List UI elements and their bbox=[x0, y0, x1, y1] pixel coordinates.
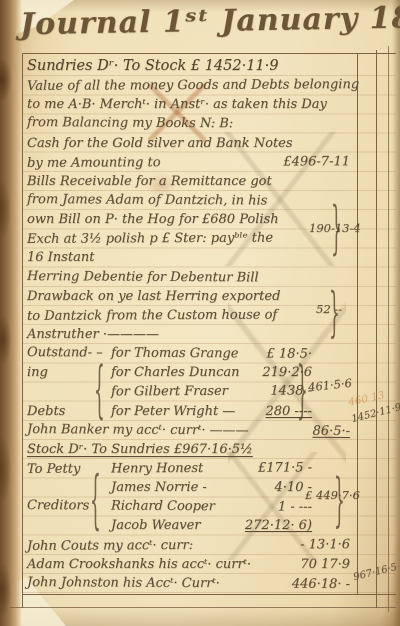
frame-bottom-rule-2 bbox=[10, 607, 396, 608]
line-text: Anstruther ·———— bbox=[27, 325, 159, 344]
journal-line: Anstruther ·———— bbox=[22, 325, 358, 344]
line-text: for Gilbert Fraser bbox=[111, 382, 228, 402]
journal-line: John Couts my accᵗ· curr:- 13·1·6 bbox=[22, 535, 358, 556]
line-amount: 70 17·9 bbox=[300, 555, 358, 574]
line-text: Sundries Dʳ· To Stock £ 1452·11·9 bbox=[27, 57, 279, 76]
line-text: to me A·B· Merchᵗ· in Anstʳ· as taken th… bbox=[27, 95, 327, 114]
journal-line: Stock Dʳ· To Sundries £967·16·5½ bbox=[22, 440, 358, 459]
line-amount: - 13·1·6 bbox=[300, 535, 358, 554]
line-text: Henry Honest bbox=[111, 459, 203, 479]
journal-line: own Bill on P· the Hog for £680 Polish bbox=[22, 210, 358, 229]
frame-top-rule bbox=[22, 53, 396, 54]
total-column-rule bbox=[376, 50, 377, 608]
line-amount: 446·18· - bbox=[292, 574, 358, 594]
line-amount: £ 18·5· bbox=[266, 345, 358, 365]
journal-line: Value of all the money Goods and Debts b… bbox=[22, 75, 358, 96]
journal-line: Adam Crookshanks his accᵗ· currᵗ·70 17·9 bbox=[22, 555, 358, 574]
journal-line: Bills Receivable for a Remittance got bbox=[22, 172, 358, 191]
journal-line: Cash for the Gold silver and Bank Notes bbox=[22, 134, 358, 153]
right-brace: } bbox=[331, 193, 341, 261]
journal-line: Sundries Dʳ· To Stock £ 1452·11·9 bbox=[22, 57, 358, 76]
line-text: for Thomas Grange bbox=[111, 344, 239, 364]
journal-page: Journal 1ˢᵗ January 1835 Sundries Dʳ· To… bbox=[0, 0, 400, 626]
line-amount: 280 ---- bbox=[265, 402, 358, 421]
left-brace: { bbox=[90, 461, 100, 537]
journal-line: to Dantzick from the Custom house of bbox=[22, 305, 358, 326]
page-right-edge bbox=[392, 0, 400, 626]
journal-line: Jacob Weaver272·12· 6) bbox=[22, 516, 358, 535]
journal-line: John Johnston his Accᵗ· Currᵗ·446·18· - bbox=[22, 573, 358, 594]
line-amount: £496-7-11 bbox=[283, 152, 358, 172]
outer-column-rule bbox=[388, 46, 389, 612]
line-text: Richard Cooper bbox=[111, 497, 215, 517]
line-text: Value of all the money Goods and Debts b… bbox=[27, 75, 359, 96]
journal-entries: Sundries Dʳ· To Stock £ 1452·11·9Value o… bbox=[22, 57, 358, 593]
frame-bottom-rule bbox=[22, 594, 396, 595]
line-text: for Peter Wright — bbox=[111, 402, 235, 421]
line-text: John Couts my accᵗ· curr: bbox=[27, 535, 193, 555]
journal-line: To PettyHenry Honest£171·5 - bbox=[22, 458, 358, 479]
line-text: John Johnston his Accᵗ· Currᵗ· bbox=[27, 573, 220, 593]
left-brace: { bbox=[94, 352, 104, 426]
journal-line: Herring Debentie for Debentur Bill bbox=[22, 267, 358, 288]
line-text: for Charles Duncan bbox=[111, 363, 240, 382]
line-text: Cash for the Gold silver and Bank Notes bbox=[27, 134, 293, 153]
line-text: Drawback on ye last Herring exported bbox=[27, 287, 280, 306]
journal-line: Exch at 3½ polish p £ Ster: payᵇˡᵉ the bbox=[22, 228, 358, 249]
line-text: to Dantzick from the Custom house of bbox=[27, 305, 277, 325]
line-text: Stock Dʳ· To Sundries £967·16·5½ bbox=[27, 440, 253, 459]
line-text: Jacob Weaver bbox=[111, 516, 201, 535]
line-text: from James Adam of Dantzich, in his bbox=[27, 190, 267, 211]
line-text: 16 Instant bbox=[27, 248, 94, 267]
margin-total: £ 449·7·6 bbox=[305, 488, 360, 502]
right-brace: } bbox=[334, 464, 344, 534]
journal-line: 16 Instant bbox=[22, 248, 358, 267]
line-text: James Norrie - bbox=[111, 478, 207, 497]
binding-edge bbox=[0, 0, 22, 626]
journal-line: from Balancing my Books N: B: bbox=[22, 113, 358, 134]
line-text: Herring Debentie for Debentur Bill bbox=[27, 267, 259, 288]
journal-line: to me A·B· Merchᵗ· in Anstʳ· as taken th… bbox=[22, 95, 358, 114]
right-brace: } bbox=[329, 280, 339, 344]
line-text: by me Amounting to bbox=[27, 153, 161, 173]
line-text: Exch at 3½ polish p £ Ster: payᵇˡᵉ the bbox=[27, 229, 273, 249]
line-text: Adam Crookshanks his accᵗ· currᵗ· bbox=[27, 555, 251, 574]
right-brace: } bbox=[297, 352, 307, 426]
line-text: Bills Receivable for a Remittance got bbox=[27, 172, 272, 191]
line-text: John Banker my accᵗ· currᵗ· ——— bbox=[27, 420, 249, 441]
journal-line: by me Amounting to£496-7-11 bbox=[22, 152, 358, 173]
line-amount: 86·5·- bbox=[312, 421, 358, 440]
line-text: from Balancing my Books N: B: bbox=[27, 113, 233, 133]
journal-line: Drawback on ye last Herring exported bbox=[22, 287, 358, 306]
page-title: Journal 1ˢᵗ January 1835 bbox=[20, 1, 393, 42]
journal-line: from James Adam of Dantzich, in his bbox=[22, 190, 358, 211]
line-text: own Bill on P· the Hog for £680 Polish bbox=[27, 210, 279, 229]
